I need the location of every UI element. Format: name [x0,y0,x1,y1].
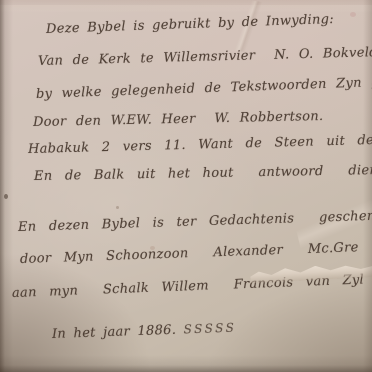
handwritten-line: Van de Kerk te Willemsrivier N. O. Bokve… [38,45,372,69]
handwritten-line: En dezen Bybel is ter Gedachtenis gesche… [18,208,372,235]
photo-of-document: Deze Bybel is gebruikt by de Inwyding: V… [0,0,372,372]
paper-stain [350,12,356,17]
handwritten-line: Deze Bybel is gebruikt by de Inwyding: [46,12,335,37]
handwritten-line: Door den W.EW. Heer W. Robbertson. [33,109,324,130]
handwritten-line: Habakuk 2 vers 11. Want de Steen uit de … [28,131,372,157]
handwritten-line-date: In het jaar 1886. SSSSS [52,321,237,342]
handwritten-line: aan myn Schalk Willem Francois van Zyl [12,272,365,301]
handwritten-line: by welke gelegenheid de Tekstwoorden Zyn… [36,74,372,102]
paper-speck [116,206,119,209]
ink-speck [4,194,8,199]
date-text: In het jaar 1886. [52,323,177,342]
pen-flourish: SSSSS [183,321,236,337]
handwritten-line: door Myn Schoonzoon Alexander Mc.Gre [20,240,359,267]
handwritten-line: En de Balk uit het hout antwoord dien_ [34,163,372,184]
